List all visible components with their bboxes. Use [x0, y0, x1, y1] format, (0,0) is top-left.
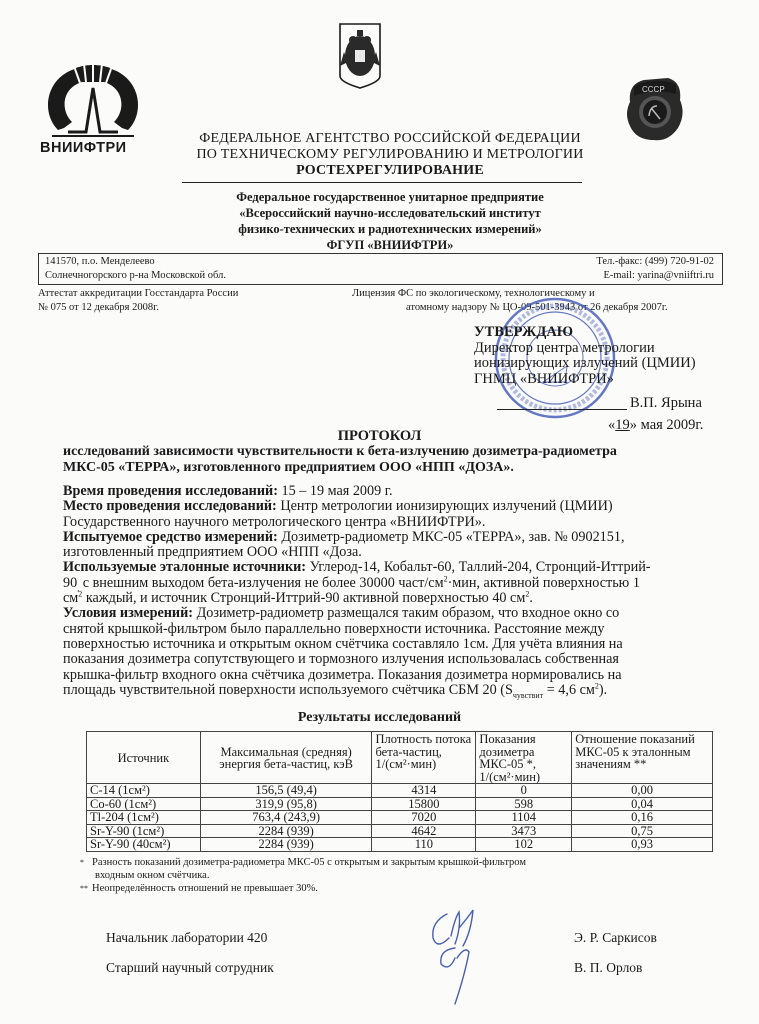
email: E-mail: yarina@vniiftri.ru	[596, 269, 714, 283]
agency-line-2: ПО ТЕХНИЧЕСКОМУ РЕГУЛИРОВАНИЮ И МЕТРОЛОГ…	[150, 147, 630, 163]
conditions-value-3: поверхностью источника и открытым окном …	[63, 637, 723, 652]
signer-2-position: Старший научный сотрудник	[106, 960, 274, 976]
table-row: Sr-Y-90 (1см²)2284 (939)464234730,75	[87, 824, 713, 838]
conditions-section: Условия измерений: Дозиметр-радиометр ра…	[63, 606, 723, 621]
accreditation: Аттестат аккредитации Госстандарта Росси…	[38, 287, 238, 314]
header-ratio: Отношение показаний МКС-05 к эталонным з…	[572, 732, 713, 784]
conditions-label: Условия измерений:	[63, 605, 193, 621]
phone-fax: Тел.-факс: (499) 720-91-02	[596, 255, 714, 269]
footnote-2: **Неопределённость отношений не превышае…	[80, 882, 526, 895]
header-flux: Плотность потока бета-частиц, 1/(см²·мин…	[372, 732, 476, 784]
agency-line-3: РОСТЕХРЕГУЛИРОВАНИЕ	[150, 163, 630, 179]
badge-text: СССР	[642, 85, 665, 94]
place-value-1: Центр метрологии ионизирующих излучений …	[277, 498, 613, 514]
protocol-subtitle-line-2: МКС-05 «ТЕРРА», изготовленного предприят…	[63, 460, 723, 476]
signer-1-name: Э. Р. Саркисов	[574, 930, 657, 946]
approval-signature-line	[497, 409, 627, 410]
vniiftri-logo	[38, 52, 148, 142]
place-section: Место проведения исследований: Центр мет…	[63, 499, 723, 514]
conditions-value-1: Дозиметр-радиометр размещался таким обра…	[193, 605, 619, 621]
approval-title: УТВЕРЖДАЮ	[474, 325, 696, 341]
approval-line-3: ГНМЦ «ВНИИФТРИ»	[474, 372, 696, 388]
logo-text: ВНИИФТРИ	[40, 140, 127, 156]
accreditation-line-2: № 075 от 12 декабря 2008г.	[38, 301, 238, 315]
approval-signatory: В.П. Ярына	[630, 395, 702, 412]
conditions-value-4: показания дозиметра сопутствующего и тор…	[63, 652, 723, 667]
signer-1-position: Начальник лаборатории 420	[106, 930, 267, 946]
conditions-value-2: снятой крышкой-фильтром было параллельно…	[63, 622, 723, 637]
sources-value-1: Углерод-14, Кобальт-60, Таллий-204, Стро…	[306, 559, 650, 575]
header-energy: Максимальная (средняя) энергия бета-част…	[200, 732, 372, 784]
device-section: Испытуемое средство измерений: Дозиметр-…	[63, 530, 723, 545]
protocol-subtitle: исследований зависимости чувствительност…	[63, 444, 723, 476]
table-row: Co-60 (1см²)319,9 (95,8)158005980,04	[87, 797, 713, 811]
approval-block: УТВЕРЖДАЮ Директор центра метрологии ион…	[474, 325, 696, 387]
footnotes: *Разность показаний дозиметра-радиометра…	[80, 856, 526, 895]
sources-label: Используемые эталонные источники:	[63, 559, 306, 575]
accreditation-line-1: Аттестат аккредитации Госстандарта Росси…	[38, 287, 238, 301]
vniiftri-logo-icon	[38, 52, 148, 142]
results-title: Результаты исследований	[0, 710, 759, 726]
ussr-medal-icon: СССР	[624, 74, 686, 142]
org-line-4: ФГУП «ВНИИФТРИ»	[150, 237, 630, 254]
org-line-2: «Всероссийский научно-исследовательский …	[150, 205, 630, 222]
sources-value-2: 90, с внешним выходом бета-излучения не …	[63, 576, 723, 591]
signature-scribble-icon	[425, 908, 485, 1008]
handwritten-signature	[425, 908, 485, 1008]
footnote-1: *Разность показаний дозиметра-радиометра…	[80, 856, 526, 869]
time-value: 15 – 19 мая 2009 г.	[278, 483, 393, 499]
signer-2-name: В. П. Орлов	[574, 960, 642, 976]
approval-line-1: Директор центра метрологии	[474, 341, 696, 357]
agency-line-1: ФЕДЕРАЛЬНОЕ АГЕНТСТВО РОССИЙСКОЙ ФЕДЕРАЦ…	[150, 131, 630, 147]
device-value-2: изготовленный предприятием ООО «НПП «Доз…	[63, 545, 723, 560]
double-headed-eagle-icon	[338, 22, 382, 90]
ussr-badge: СССР	[624, 74, 686, 142]
table-row: C-14 (1см²)156,5 (49,4)431400,00	[87, 784, 713, 798]
header-divider	[182, 182, 582, 183]
approval-line-2: ионизирующих излучений (ЦМИИ)	[474, 356, 696, 372]
sources-section: Используемые эталонные источники: Углеро…	[63, 560, 723, 575]
address-box: 141570, п.о. Менделеево Солнечногорского…	[38, 253, 723, 285]
header-source: Источник	[87, 732, 201, 784]
sources-value-3: см2 каждый, и источник Стронций-Иттрий-9…	[63, 591, 723, 606]
place-value-2: Государственного научного метрологическо…	[63, 515, 723, 530]
time-section: Время проведения исследований: 15 – 19 м…	[63, 484, 723, 499]
protocol-title: ПРОТОКОЛ	[0, 428, 759, 445]
table-row: Sr-Y-90 (40см²)2284 (939)1101020,93	[87, 838, 713, 852]
russian-coat-of-arms	[338, 22, 382, 90]
table-row: Tl-204 (1см²)763,4 (243,9)702011040,16	[87, 811, 713, 825]
time-label: Время проведения исследований:	[63, 483, 278, 499]
address-line-2: Солнечногорского р-на Московской обл.	[45, 269, 226, 283]
protocol-subtitle-line-1: исследований зависимости чувствительност…	[63, 444, 723, 460]
place-label: Место проведения исследований:	[63, 498, 277, 514]
results-table: Источник Максимальная (средняя) энергия …	[86, 731, 713, 852]
conditions-value-6: площадь чувствительной поверхности испол…	[63, 683, 723, 698]
org-line-3: физико-технических и радиотехнических из…	[150, 221, 630, 238]
device-label: Испытуемое средство измерений:	[63, 529, 278, 545]
table-header-row: Источник Максимальная (средняя) энергия …	[87, 732, 713, 784]
header-reading: Показания дозиметра МКС-05 *, 1/(см²·мин…	[476, 732, 572, 784]
conditions-value-5: крышка-фильтр входного окна счётчика доз…	[63, 668, 723, 683]
device-value-1: Дозиметр-радиометр МКС-05 «ТЕРРА», зав. …	[278, 529, 625, 545]
org-line-1: Федеральное государственное унитарное пр…	[150, 189, 630, 206]
address-line-1: 141570, п.о. Менделеево	[45, 255, 226, 269]
footnote-1-cont: входным окном счётчика.	[80, 869, 526, 882]
protocol-body: Время проведения исследований: 15 – 19 м…	[63, 484, 723, 698]
